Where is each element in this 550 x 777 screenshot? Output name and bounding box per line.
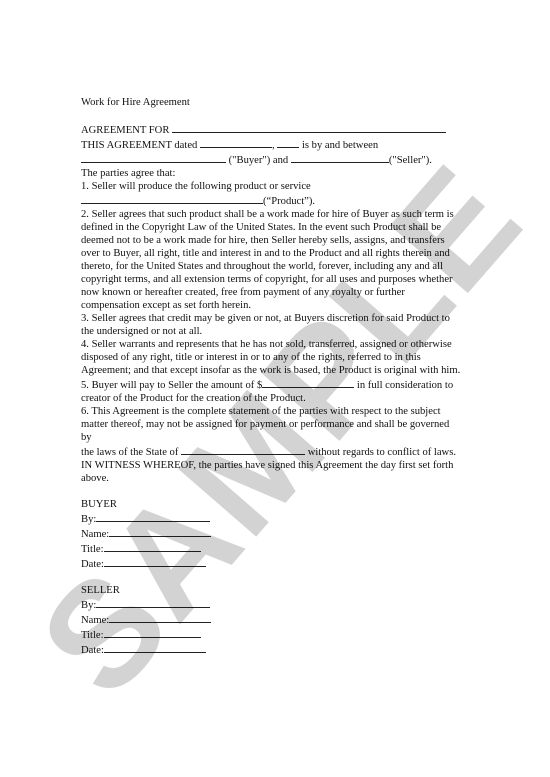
- state-label: the laws of the State of: [81, 447, 178, 458]
- clause-1-line-2: (“Product”).: [81, 193, 481, 208]
- clause-2: 2. Seller agrees that such product shall…: [81, 208, 481, 312]
- seller-signature-block: SELLER By: Name: Title: Date:: [81, 584, 481, 657]
- seller-by-field: By:: [81, 597, 481, 612]
- field-label: Title:: [81, 544, 104, 555]
- clause-4-line: disposed of any right, title or interest…: [81, 351, 481, 364]
- clause-2-line: thereto, for the United States and throu…: [81, 260, 481, 273]
- seller-name-blank[interactable]: [291, 152, 389, 163]
- buyer-by-blank[interactable]: [96, 511, 210, 522]
- intro-text: The parties agree that:: [81, 167, 481, 180]
- seller-by-blank[interactable]: [96, 597, 210, 608]
- buyer-name-field: Name:: [81, 526, 481, 541]
- clause-2-line: 2. Seller agrees that such product shall…: [81, 208, 481, 221]
- clause-2-line: over to Buyer, all right, title and inte…: [81, 247, 481, 260]
- buyer-label: ("Buyer") and: [229, 155, 289, 166]
- buyer-date-blank[interactable]: [104, 556, 206, 567]
- between-label: is by and between: [302, 140, 378, 151]
- clause-2-line: now known or hereafter created, free fro…: [81, 286, 481, 299]
- clause-6: 6. This Agreement is the complete statem…: [81, 405, 481, 459]
- clause-2-line: copyright terms, and all extension terms…: [81, 273, 481, 286]
- amount-label: 5. Buyer will pay to Seller the amount o…: [81, 380, 262, 391]
- buyer-by-field: By:: [81, 511, 481, 526]
- date-blank[interactable]: [200, 137, 272, 148]
- buyer-date-field: Date:: [81, 556, 481, 571]
- clause-5: 5. Buyer will pay to Seller the amount o…: [81, 377, 481, 405]
- comma: ,: [272, 140, 275, 151]
- seller-label: ("Seller").: [389, 155, 432, 166]
- field-label: By:: [81, 600, 96, 611]
- seller-date-blank[interactable]: [104, 642, 206, 653]
- field-label: Name:: [81, 615, 109, 626]
- clause-4-line: 4. Seller warrants and represents that h…: [81, 338, 481, 351]
- clause-2-line: defined in the Copyright Law of the Unit…: [81, 221, 481, 234]
- product-blank[interactable]: [81, 193, 263, 204]
- clause-6-line: 6. This Agreement is the complete statem…: [81, 405, 481, 418]
- clause-6-line: by: [81, 431, 481, 444]
- product-label: (“Product”).: [263, 196, 315, 207]
- buyer-title-blank[interactable]: [104, 541, 201, 552]
- agreement-for-line: AGREEMENT FOR: [81, 122, 481, 137]
- agreement-for-label: AGREEMENT FOR: [81, 125, 169, 136]
- conflict-label: without regards to conflict of laws.: [308, 447, 456, 458]
- seller-date-field: Date:: [81, 642, 481, 657]
- seller-name-field: Name:: [81, 612, 481, 627]
- clause-2-line: deemed not to be a work made for hire, t…: [81, 234, 481, 247]
- clause-5-line-1: 5. Buyer will pay to Seller the amount o…: [81, 377, 481, 392]
- clause-5-line-2: creator of the Product for the creation …: [81, 392, 481, 405]
- clause-2-line: compensation except as set forth herein.: [81, 299, 481, 312]
- clause-4: 4. Seller warrants and represents that h…: [81, 338, 481, 377]
- witness-line: IN WITNESS WHEREOF, the parties have sig…: [81, 459, 481, 472]
- year-blank[interactable]: [277, 137, 299, 148]
- seller-title-blank[interactable]: [104, 627, 201, 638]
- agreement-for-blank[interactable]: [172, 122, 446, 133]
- buyer-signature-block: BUYER By: Name: Title: Date:: [81, 498, 481, 571]
- field-label: Title:: [81, 630, 104, 641]
- field-label: Date:: [81, 559, 104, 570]
- state-blank[interactable]: [181, 444, 305, 455]
- dated-line: THIS AGREEMENT dated , is by and between: [81, 137, 481, 152]
- clause-4-line: Agreement; and that except insofar as th…: [81, 364, 481, 377]
- witness-line: above.: [81, 472, 481, 485]
- buyer-heading: BUYER: [81, 498, 481, 511]
- buyer-title-field: Title:: [81, 541, 481, 556]
- buyer-name-blank[interactable]: [81, 152, 226, 163]
- dated-label: THIS AGREEMENT dated: [81, 140, 197, 151]
- field-label: Name:: [81, 529, 109, 540]
- clause-1-line-1: 1. Seller will produce the following pro…: [81, 180, 481, 193]
- seller-title-field: Title:: [81, 627, 481, 642]
- agreement-body: Work for Hire Agreement AGREEMENT FOR TH…: [81, 96, 481, 657]
- clause-6-state-line: the laws of the State of without regards…: [81, 444, 481, 459]
- clause-3: 3. Seller agrees that credit may be give…: [81, 312, 481, 338]
- seller-name-sig-blank[interactable]: [109, 612, 211, 623]
- consideration-label: in full consideration to: [357, 380, 453, 391]
- clause-3-line: 3. Seller agrees that credit may be give…: [81, 312, 481, 325]
- document-title: Work for Hire Agreement: [81, 96, 481, 109]
- seller-heading: SELLER: [81, 584, 481, 597]
- field-label: By:: [81, 514, 96, 525]
- document-page: Work for Hire Agreement AGREEMENT FOR TH…: [0, 0, 550, 777]
- clause-6-line: matter thereof, may not be assigned for …: [81, 418, 481, 431]
- clause-3-line: the undersigned or not at all.: [81, 325, 481, 338]
- amount-blank[interactable]: [262, 377, 354, 388]
- field-label: Date:: [81, 645, 104, 656]
- buyer-name-sig-blank[interactable]: [109, 526, 211, 537]
- parties-line: ("Buyer") and ("Seller").: [81, 152, 481, 167]
